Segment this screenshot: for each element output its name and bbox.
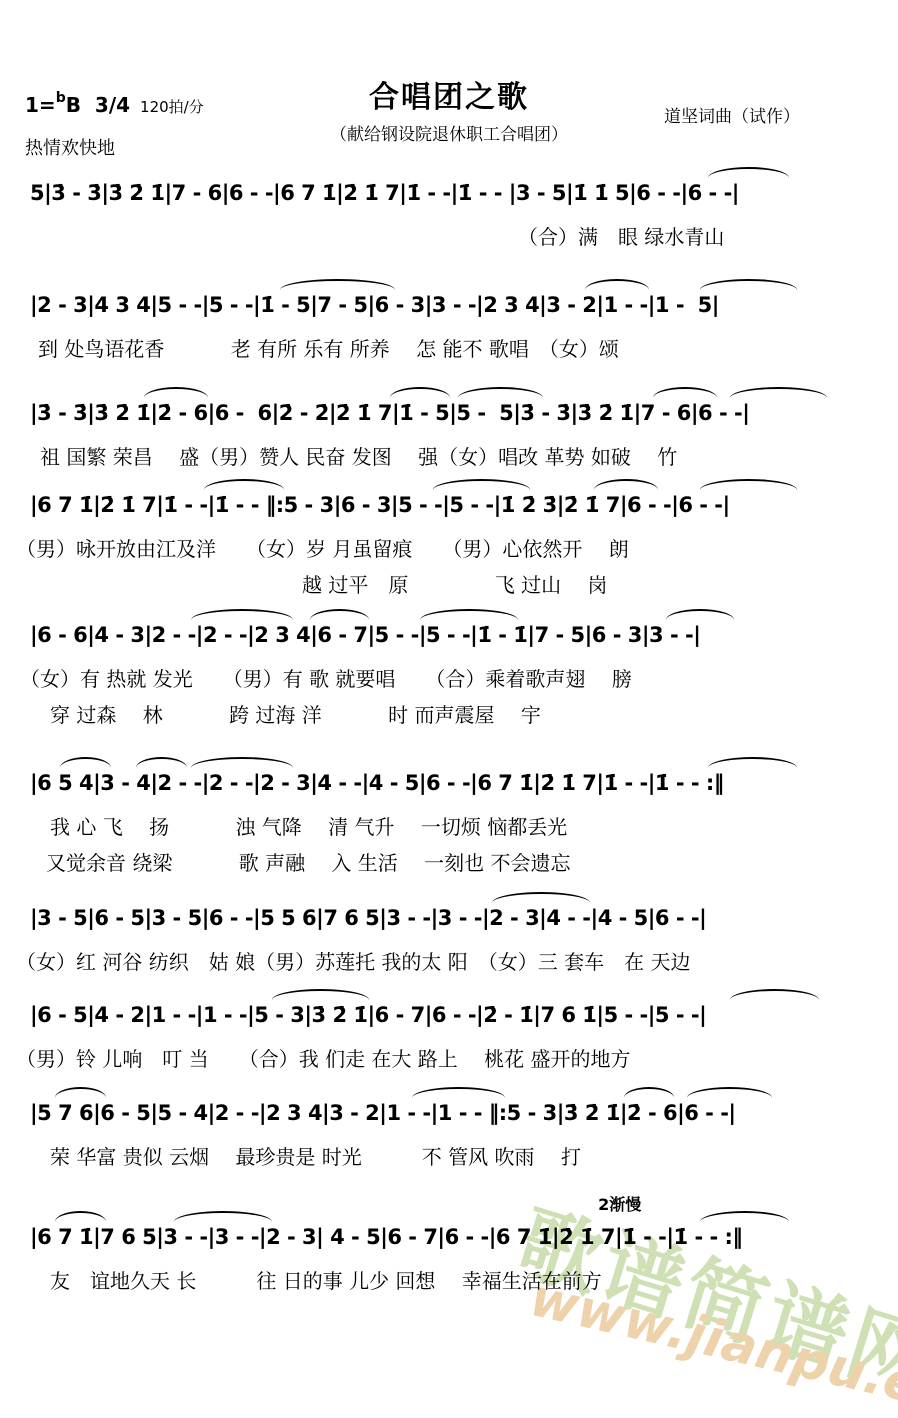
lyric-line: （女）红 河谷 纺织 姑 娘（男）苏莲托 我的太 阳 （女）三 套车 在 天边 <box>16 949 878 975</box>
slur-arc <box>412 1087 505 1098</box>
notation-line: |6 7 1̇|2̇ 1̇ 7|1̇ - -|1̇ - - ‖:5 - 3|6 … <box>30 488 878 522</box>
slur-arc <box>174 1211 272 1222</box>
lyric-line: （男）铃 儿响 叮 当 （合）我 们走 在大 路上 桃花 盛开的地方 <box>16 1046 878 1072</box>
slur-arc <box>191 609 293 620</box>
slur-arc <box>708 757 797 768</box>
notation-line: |6 - 6|4 - 3|2 - -|2 - -|2 3 4|6 - 7|5 -… <box>30 618 878 652</box>
notation-line: |6 7 1̇|7 6 5|3 - -|3 - -|2 - 3| 4 - 5|6… <box>30 1220 878 1254</box>
slur-arc <box>708 167 789 178</box>
slur-arc <box>458 387 543 398</box>
lyric-line: （男）咏开放由江及洋 （女）岁 月虽留痕 （男）心依然开 朗 <box>16 536 878 562</box>
slur-arc <box>55 1211 106 1222</box>
slur-arc <box>730 989 819 1000</box>
slur-arc <box>700 479 798 490</box>
music-system-10: 2渐慢 |6 7 1̇|7 6 5|3 - -|3 - -|2 - 3| 4 -… <box>30 1220 878 1294</box>
lyric-line: 又觉余音 绕梁 歌 声融 入 生活 一刻也 不会遗忘 <box>30 850 878 876</box>
slur-arc <box>144 387 208 398</box>
lyric-line: （合）满 眼 绿水青山 <box>30 224 878 250</box>
expression-marking: 热情欢快地 <box>25 134 115 160</box>
slur-arc <box>420 609 518 620</box>
slur-arc <box>272 989 370 1000</box>
slur-arc <box>136 757 187 768</box>
slur-arc <box>666 609 734 620</box>
slur-arc <box>191 757 293 768</box>
slur-arc <box>624 1087 675 1098</box>
dedication-subtitle: （献给钢设院退休职工合唱团） <box>0 120 898 145</box>
music-system-1: 5|3̇ - 3̇|3̇ 2̇ 1̇|7 - 6|6 - -|6 7 1̇|2̇… <box>30 176 878 250</box>
music-system-8: |6 - 5|4 - 2|1 - -|1 - -|5 - 3|3̇ 2̇ 1̇|… <box>30 998 878 1072</box>
tempo-change-annotation: 2渐慢 <box>598 1192 641 1215</box>
slur-arc <box>594 479 658 490</box>
lyric-line: 荣 华富 贵似 云烟 最珍贵是 时光 不 管风 吹雨 打 <box>30 1144 878 1170</box>
watermark-site-name: 歌谱简谱网 <box>506 1178 898 1416</box>
sheet-music-page: 1=bB 3/4120拍/分 合唱团之歌 道坚词曲（试作） （献给钢设院退休职工… <box>0 0 898 1418</box>
music-system-2: |2 - 3|4 3 4|5 - -|5 - -|1̇ - 5|7 - 5|6 … <box>30 288 878 362</box>
notation-line: |3̇ - 3̇|3̇ 2̇ 1̇|2̇ - 6|6 - 6|2̇ - 2̇|2… <box>30 396 878 430</box>
lyric-line: 祖 国繁 荣昌 盛（男）赞人 民奋 发图 强（女）唱改 革势 如破 竹 <box>30 444 878 470</box>
slur-arc <box>687 1087 772 1098</box>
slur-arc <box>204 479 285 490</box>
lyric-line: 穿 过森 林 跨 过海 洋 时 而声震屋 宇 <box>30 702 878 728</box>
music-system-5: |6 - 6|4 - 3|2 - -|2 - -|2 3 4|6 - 7|5 -… <box>30 618 878 728</box>
slur-arc <box>700 279 798 290</box>
slur-arc <box>390 387 449 398</box>
music-system-7: |3 - 5|6 - 5|3 - 5|6 - -|5 5 6|7 6 5|3 -… <box>30 901 878 975</box>
music-system-3: |3̇ - 3̇|3̇ 2̇ 1̇|2̇ - 6|6 - 6|2̇ - 2̇|2… <box>30 396 878 470</box>
slur-arc <box>585 279 649 290</box>
lyric-line: 我 心 飞 扬 浊 气降 清 气升 一切烦 恼都丢光 <box>30 814 878 840</box>
slur-arc <box>55 1087 106 1098</box>
slur-arc <box>433 479 531 490</box>
notation-line: |3 - 5|6 - 5|3 - 5|6 - -|5 5 6|7 6 5|3 -… <box>30 901 878 935</box>
notation-line: 5|3̇ - 3̇|3̇ 2̇ 1̇|7 - 6|6 - -|6 7 1̇|2̇… <box>30 176 878 210</box>
notation-line: |6 5 4|3 - 4|2 - -|2 - -|2 - 3|4 - -|4 -… <box>30 766 878 800</box>
notation-line: |2 - 3|4 3 4|5 - -|5 - -|1̇ - 5|7 - 5|6 … <box>30 288 878 322</box>
slur-arc <box>653 387 717 398</box>
lyric-line: （女）有 热就 发光 （男）有 歌 就要唱 （合）乘着歌声翅 膀 <box>20 666 878 692</box>
music-system-4: |6 7 1̇|2̇ 1̇ 7|1̇ - -|1̇ - - ‖:5 - 3|6 … <box>30 488 878 598</box>
slur-arc <box>730 387 828 398</box>
music-system-9: |5 7 6|6 - 5|5 - 4|2 - -|2 3 4|3 - 2|1 -… <box>30 1096 878 1170</box>
slur-arc <box>492 892 590 903</box>
lyric-line: 友 谊地久天 长 往 日的事 儿少 回想 幸福生活在前方 <box>30 1268 878 1294</box>
notation-line: |6 - 5|4 - 2|1 - -|1 - -|5 - 3|3̇ 2̇ 1̇|… <box>30 998 878 1032</box>
notation-line: |5 7 6|6 - 5|5 - 4|2 - -|2 3 4|3 - 2|1 -… <box>30 1096 878 1130</box>
slur-arc <box>310 609 369 620</box>
music-system-6: |6 5 4|3 - 4|2 - -|2 - -|2 - 3|4 - -|4 -… <box>30 766 878 876</box>
slur-arc <box>280 279 394 290</box>
slur-arc <box>60 757 111 768</box>
slur-arc <box>700 1211 789 1222</box>
lyric-line: 越 过平 原 飞 过山 岗 <box>30 572 878 598</box>
lyric-line: 到 处鸟语花香 老 有所 乐有 所养 怎 能不 歌唱 （女）颂 <box>30 336 878 362</box>
